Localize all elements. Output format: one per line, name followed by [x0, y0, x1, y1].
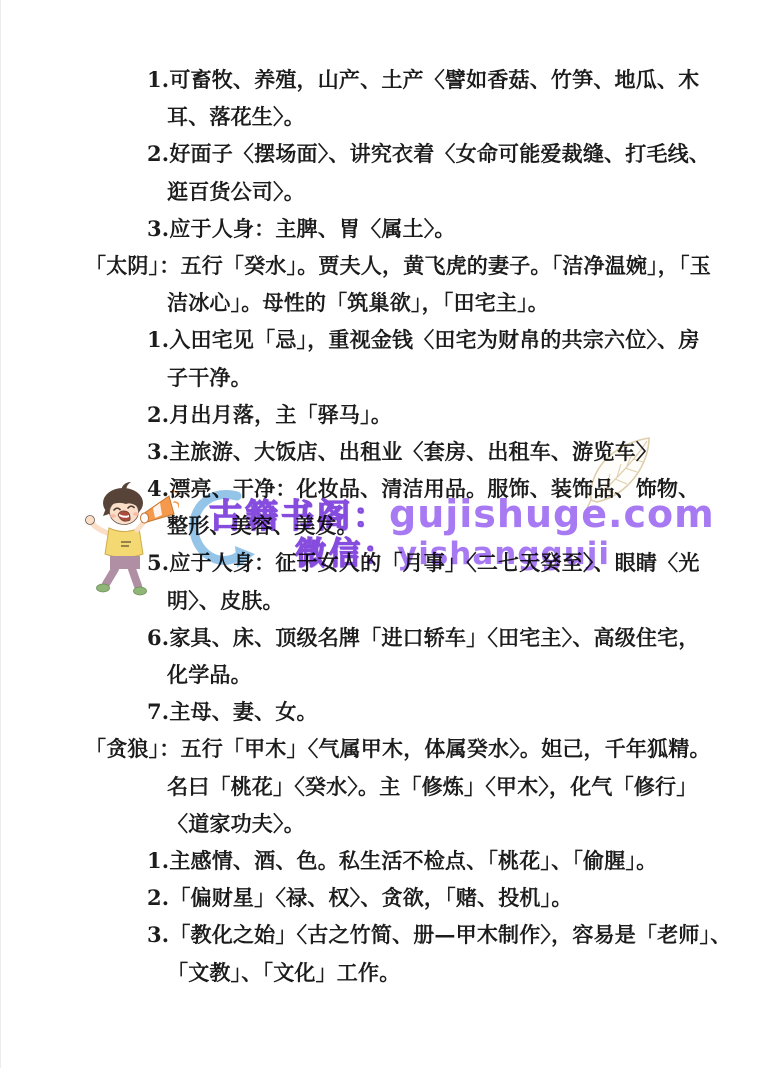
document-line: 逛百货公司〉。 [1, 173, 764, 210]
document-line: 2.「偏财星」〈禄、权〉、贪欲，「赌、投机」。 [1, 879, 764, 916]
document-line: 6.家具、床、顶级名牌「进口轿车」〈田宅主〉、高级住宅， [1, 619, 764, 656]
document-line: 整形、美容、美发。 [1, 507, 764, 544]
document-line: 〈道家功夫〉。 [1, 805, 764, 842]
document-line: 名曰「桃花」〈癸水〉。主「修炼」〈甲木〉，化气「修行」 [1, 768, 764, 805]
document-line: 3.应于人身：主脾、胃〈属土〉。 [1, 210, 764, 247]
document-line: 子干净。 [1, 359, 764, 396]
document-line: 「文教」、「文化」工作。 [1, 954, 764, 991]
document-line: 3.「教化之始」〈古之竹简、册—甲木制作〉，容易是「老师」、 [1, 916, 764, 953]
document-line: 5.应于人身：征于女人的「月事」〈二七天癸至〉、眼睛〈光 [1, 544, 764, 581]
document-text: 1.可畜牧、养殖，山产、土产〈譬如香菇、竹笋、地瓜、木耳、落花生〉。2.好面子〈… [1, 61, 764, 991]
section-heading-line: 「太阴」：五行「癸水」。贾夫人，黄飞虎的妻子。「洁净温婉」，「玉 [1, 247, 764, 284]
document-line: 2.好面子〈摆场面〉、讲究衣着〈女命可能爱裁缝、打毛线、 [1, 135, 764, 172]
section-heading-line: 「贪狼」：五行「甲木」〈气属甲木，体属癸水〉。妲己，千年狐精。 [1, 730, 764, 767]
document-line: 耳、落花生〉。 [1, 98, 764, 135]
document-line: 4.漂亮、干净：化妆品、清洁用品。服饰、装饰品、饰物、 [1, 470, 764, 507]
document-line: 化学品。 [1, 656, 764, 693]
document-line: 1.可畜牧、养殖，山产、土产〈譬如香菇、竹笋、地瓜、木 [1, 61, 764, 98]
scanned-book-page: 1.可畜牧、养殖，山产、土产〈譬如香菇、竹笋、地瓜、木耳、落花生〉。2.好面子〈… [0, 0, 764, 1068]
document-line: 3.主旅游、大饭店、出租业〈套房、出租车、游览车〉 [1, 433, 764, 470]
document-line: 7.主母、妻、女。 [1, 693, 764, 730]
document-line: 洁冰心」。母性的「筑巢欲」，「田宅主」。 [1, 284, 764, 321]
document-line: 2.月出月落，主「驿马」。 [1, 396, 764, 433]
document-line: 1.入田宅见「忌」，重视金钱〈田宅为财帛的共宗六位〉、房 [1, 321, 764, 358]
document-line: 1.主感情、酒、色。私生活不检点、「桃花」、「偷腥」。 [1, 842, 764, 879]
document-line: 明〉、皮肤。 [1, 582, 764, 619]
